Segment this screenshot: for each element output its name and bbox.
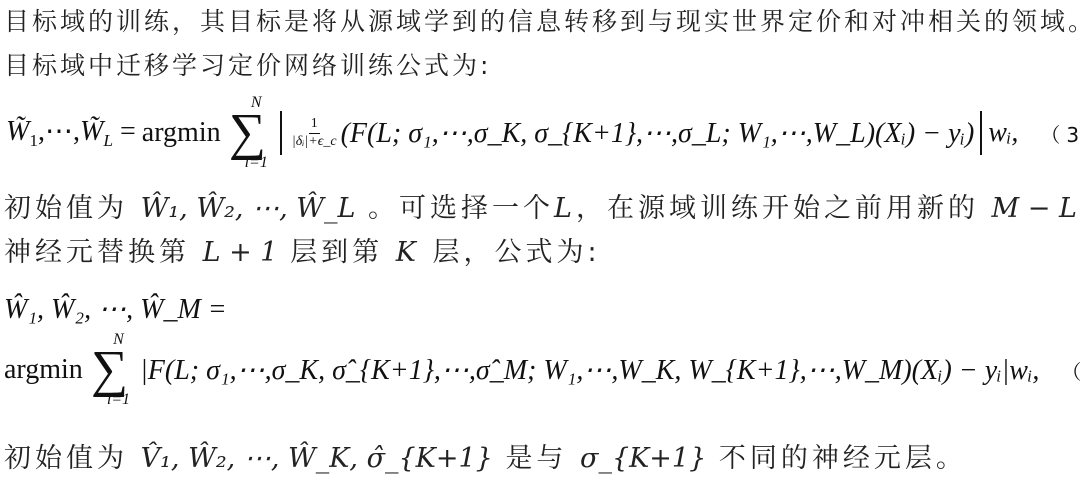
text-different-layer: 不同的神经元层。 xyxy=(719,443,967,474)
text-replace: 神经元替换第 xyxy=(4,237,190,268)
sigma-symbol: ∑ xyxy=(91,348,128,392)
text-before-source-training: ，在源域训练开始之前用新的 xyxy=(576,193,979,224)
text-choose: 。可选择一个 xyxy=(368,193,554,224)
eq3-tail: wᵢ, xyxy=(988,117,1018,149)
eq3-summation: N ∑ i=1 xyxy=(227,95,268,171)
eq3-body: (F(L; σ₁,⋯,σ_K, σ_{K+1},⋯,σ_L; W₁,⋯,W_L)… xyxy=(341,116,975,150)
equation-number-3: （3） xyxy=(1040,119,1080,148)
text-initial-value: 初始值为 xyxy=(4,193,128,224)
math-initial-weights: Ŵ₁, Ŵ₂, ⋯, Ŵ_L xyxy=(141,193,356,224)
eq4-lhs: Ŵ₁, Ŵ₂, ⋯, Ŵ_M = xyxy=(4,292,227,326)
math-initial-values: V̂₁, Ŵ₂, ⋯, Ŵ_K, σ̂_{K+1} xyxy=(141,443,493,474)
paragraph3-line: 初始值为 V̂₁, Ŵ₂, ⋯, Ŵ_K, σ̂_{K+1} 是与 σ_{K+1… xyxy=(4,436,967,475)
equation-4-lhs: Ŵ₁, Ŵ₂, ⋯, Ŵ_M = xyxy=(4,292,227,326)
eq3-sum-lower: i=1 xyxy=(245,155,268,171)
eq4-sum-lower: i=1 xyxy=(107,392,130,408)
eq3-frac-num: 1 xyxy=(309,116,320,134)
eq4-body: |F(L; σ₁,⋯,σ_K, σ̂_{K+1},⋯,σ̂_M; W₁,⋯,W_… xyxy=(140,353,1039,387)
math-M-minus-L: M − L xyxy=(992,193,1077,224)
math-sigma-K-plus-1: σ_{K+1} xyxy=(580,443,706,474)
abs-bar-left xyxy=(280,111,282,155)
equation-4: argmin N ∑ i=1 |F(L; σ₁,⋯,σ_K, σ̂_{K+1},… xyxy=(4,330,1080,410)
text-formula-is: 层，公式为: xyxy=(432,237,600,268)
abs-bar-right xyxy=(980,111,982,155)
eq3-fraction: 1 |δᵢ|+ϵ_c xyxy=(292,116,337,151)
sigma-symbol: ∑ xyxy=(229,111,266,155)
eq3-argmin: argmin xyxy=(142,117,221,149)
paragraph2-line-2: 神经元替换第 L + 1 层到第 K 层，公式为: xyxy=(4,230,601,269)
paragraph-line-1: 目标域的训练，其目标是将从源域学到的信息转移到与现实世界定价和对冲相关的领域。 xyxy=(4,2,1080,38)
math-L-plus-1: L + 1 xyxy=(203,237,278,268)
paragraph2-line-1: 初始值为 Ŵ₁, Ŵ₂, ⋯, Ŵ_L 。可选择一个L，在源域训练开始之前用新的… xyxy=(4,186,1080,225)
paragraph-line-2: 目标域中迁移学习定价网络训练公式为: xyxy=(4,46,491,82)
eq4-argmin: argmin xyxy=(4,354,83,386)
equation-3: W̃1,⋯,W̃L = argmin N ∑ i=1 1 |δᵢ|+ϵ_c (F… xyxy=(6,88,1080,178)
eq4-summation: N ∑ i=1 xyxy=(89,332,130,408)
text-initial-value: 初始值为 xyxy=(4,443,128,474)
math-L: L xyxy=(554,193,576,224)
text-layer-to: 层到第 xyxy=(290,237,383,268)
math-K: K xyxy=(396,237,420,268)
eq3-lhs: W̃1,⋯,W̃L = xyxy=(6,114,136,151)
text-is-with: 是与 xyxy=(505,443,567,474)
equation-number-4: （4） xyxy=(1061,356,1080,385)
eq3-frac-den: |δᵢ|+ϵ_c xyxy=(292,134,337,151)
